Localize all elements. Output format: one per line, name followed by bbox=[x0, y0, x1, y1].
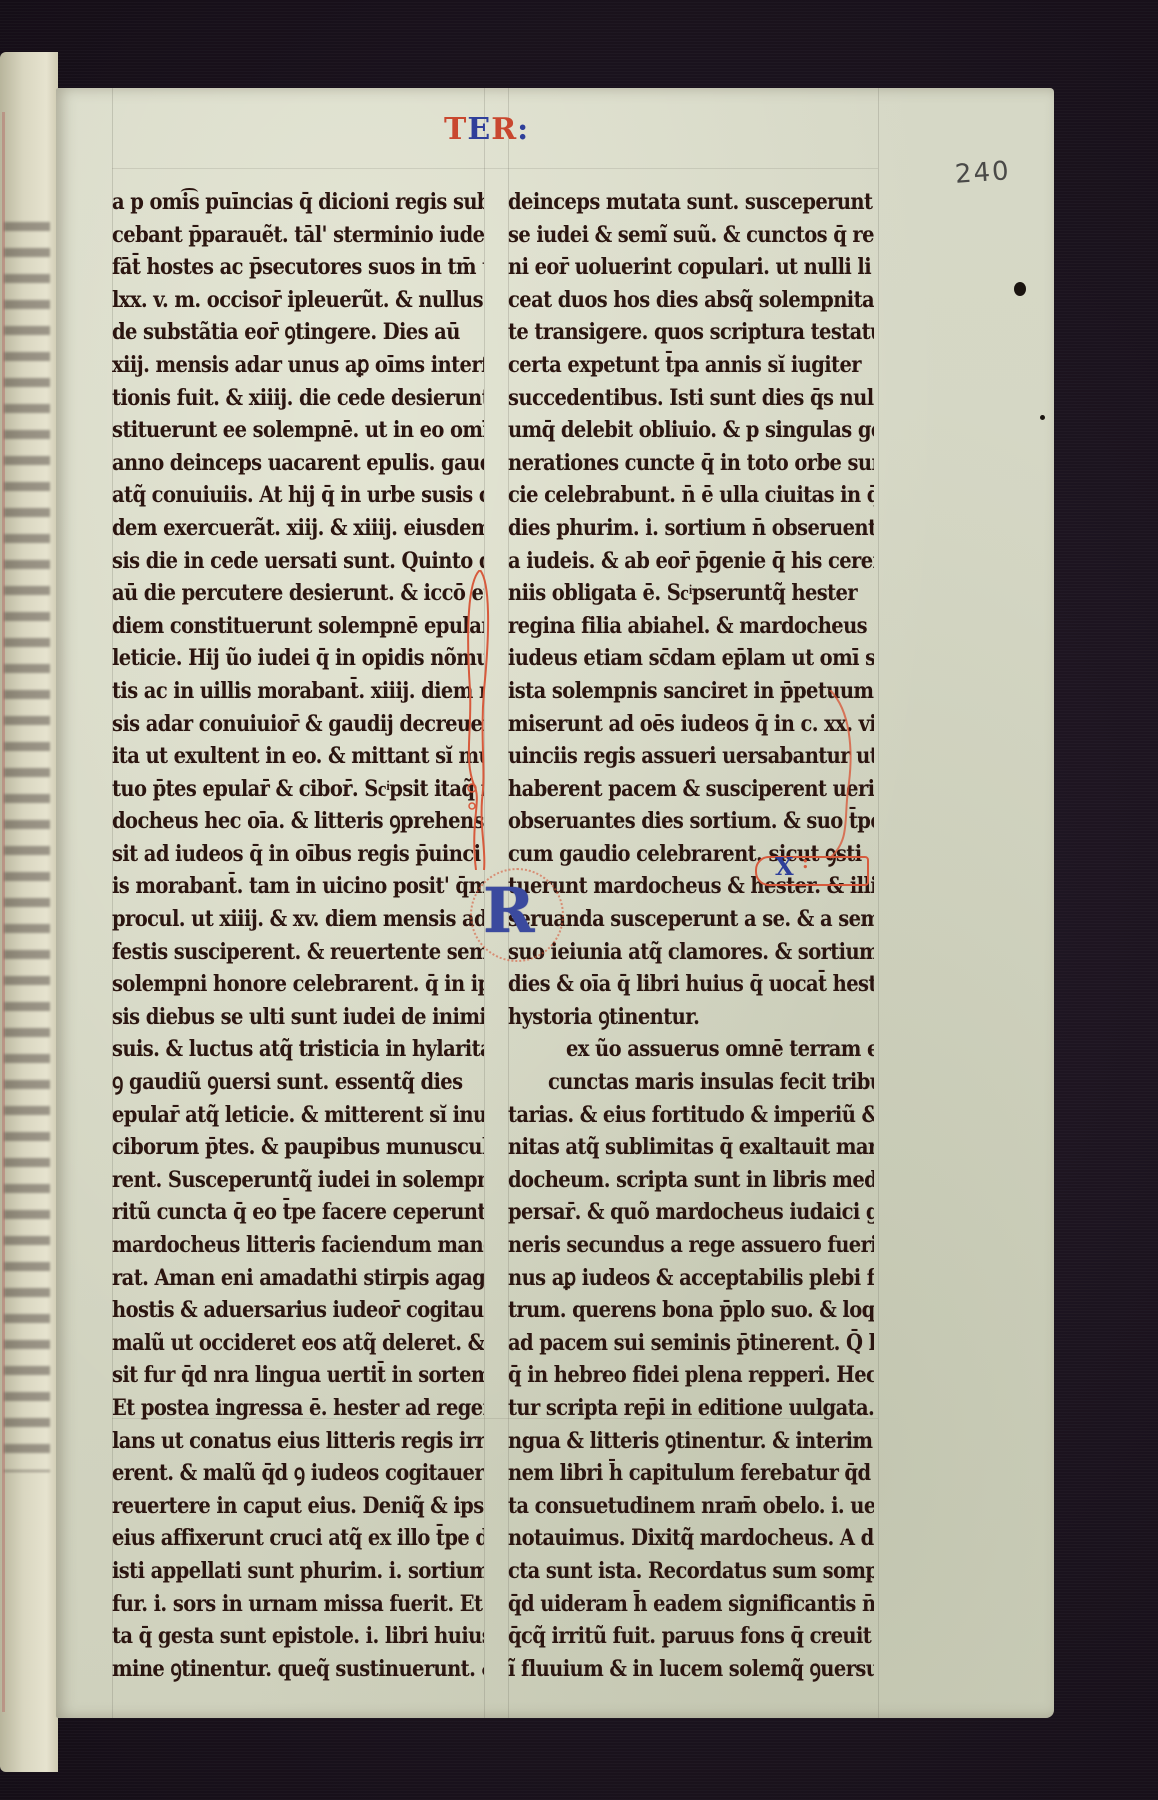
decorated-initial-r: R bbox=[483, 880, 543, 942]
text-line: xiij. mensis adar unus aꝑ oīms interfec bbox=[112, 347, 484, 384]
running-header: TER: bbox=[444, 112, 529, 147]
text-line: mine ꝯtinentur. queq̃ sustinuerunt. & q̄ bbox=[112, 1650, 484, 1685]
ruling-line bbox=[112, 168, 878, 169]
red-penwork-flourish-icon bbox=[460, 570, 494, 870]
text-line: isti appellati sunt phurim. i. sortium e… bbox=[112, 1552, 484, 1589]
running-header-letter: E bbox=[467, 112, 491, 147]
chapter-number: X bbox=[775, 852, 794, 881]
text-line: mardocheus litteris faciendum mandauē bbox=[112, 1227, 484, 1264]
text-line: certa expetunt t̄pa annis sĭ iugiter bbox=[508, 347, 874, 384]
text-line: ta q̄ gesta sunt epistole. i. libri huiu… bbox=[112, 1618, 484, 1655]
ruling-line bbox=[878, 88, 879, 1718]
text-column-right: deinceps mutata sunt. susceperunt ꝯ se i… bbox=[508, 186, 874, 1685]
text-line: ꝯ gaudiũ ꝯuersi sunt. essentq̃ dies bbox=[112, 1064, 484, 1101]
text-line: cta sunt ista. Recordatus sum sompnij bbox=[508, 1552, 874, 1589]
running-header-letter: R bbox=[491, 112, 517, 147]
running-header-letter: : bbox=[517, 112, 529, 147]
ink-spot bbox=[1014, 282, 1026, 296]
running-header-letter: T bbox=[444, 112, 467, 147]
text-line: niis obligata ē. Scͥpseruntq̃ hester bbox=[508, 575, 874, 612]
text-line: ita ut exultent in eo. & mittant sĭ mu bbox=[112, 738, 484, 775]
adjacent-page-edge bbox=[0, 52, 58, 1772]
text-line: tur scripta rep̄i in editione uulgata. q… bbox=[508, 1390, 874, 1427]
text-line: neris secundus a rege assuero fuerit & m… bbox=[508, 1227, 874, 1264]
folio-number: 240 bbox=[954, 156, 1012, 190]
adjacent-page-text bbox=[4, 222, 50, 1472]
ink-spot bbox=[1040, 415, 1045, 420]
text-line: cunctas maris insulas fecit tribu bbox=[508, 1064, 874, 1101]
text-line: tis ac in uillis morabant̄. xiiij. diem … bbox=[112, 672, 484, 709]
text-column-left: a p omi͡s puīncias q̄ dicioni regis subi… bbox=[112, 186, 484, 1685]
chapter-dots: : bbox=[802, 852, 809, 873]
chapter-marker-frame bbox=[755, 856, 869, 886]
text-line: aū die percutere desierunt. & iccō eunde… bbox=[112, 575, 484, 612]
text-line: dies phurim. i. sortium n̄ obseruentur bbox=[508, 509, 874, 546]
text-line: ĩ fluuium & in lucem solemq̃ ꝯuersus ē. … bbox=[508, 1650, 874, 1685]
text-line: Et postea ingressa ē. hester ad regem p̄… bbox=[112, 1390, 484, 1427]
text-line: procul. ut xiiij. & xv. diem mensis adar… bbox=[112, 901, 484, 938]
text-line: q̄cq̃ irritũ fuit. paruus fons q̄ creuit bbox=[508, 1618, 874, 1655]
red-margin-flourish-icon bbox=[820, 690, 864, 860]
text-line: dem exercuerãt. xiij. & xiiij. eiusdem m… bbox=[112, 509, 484, 546]
